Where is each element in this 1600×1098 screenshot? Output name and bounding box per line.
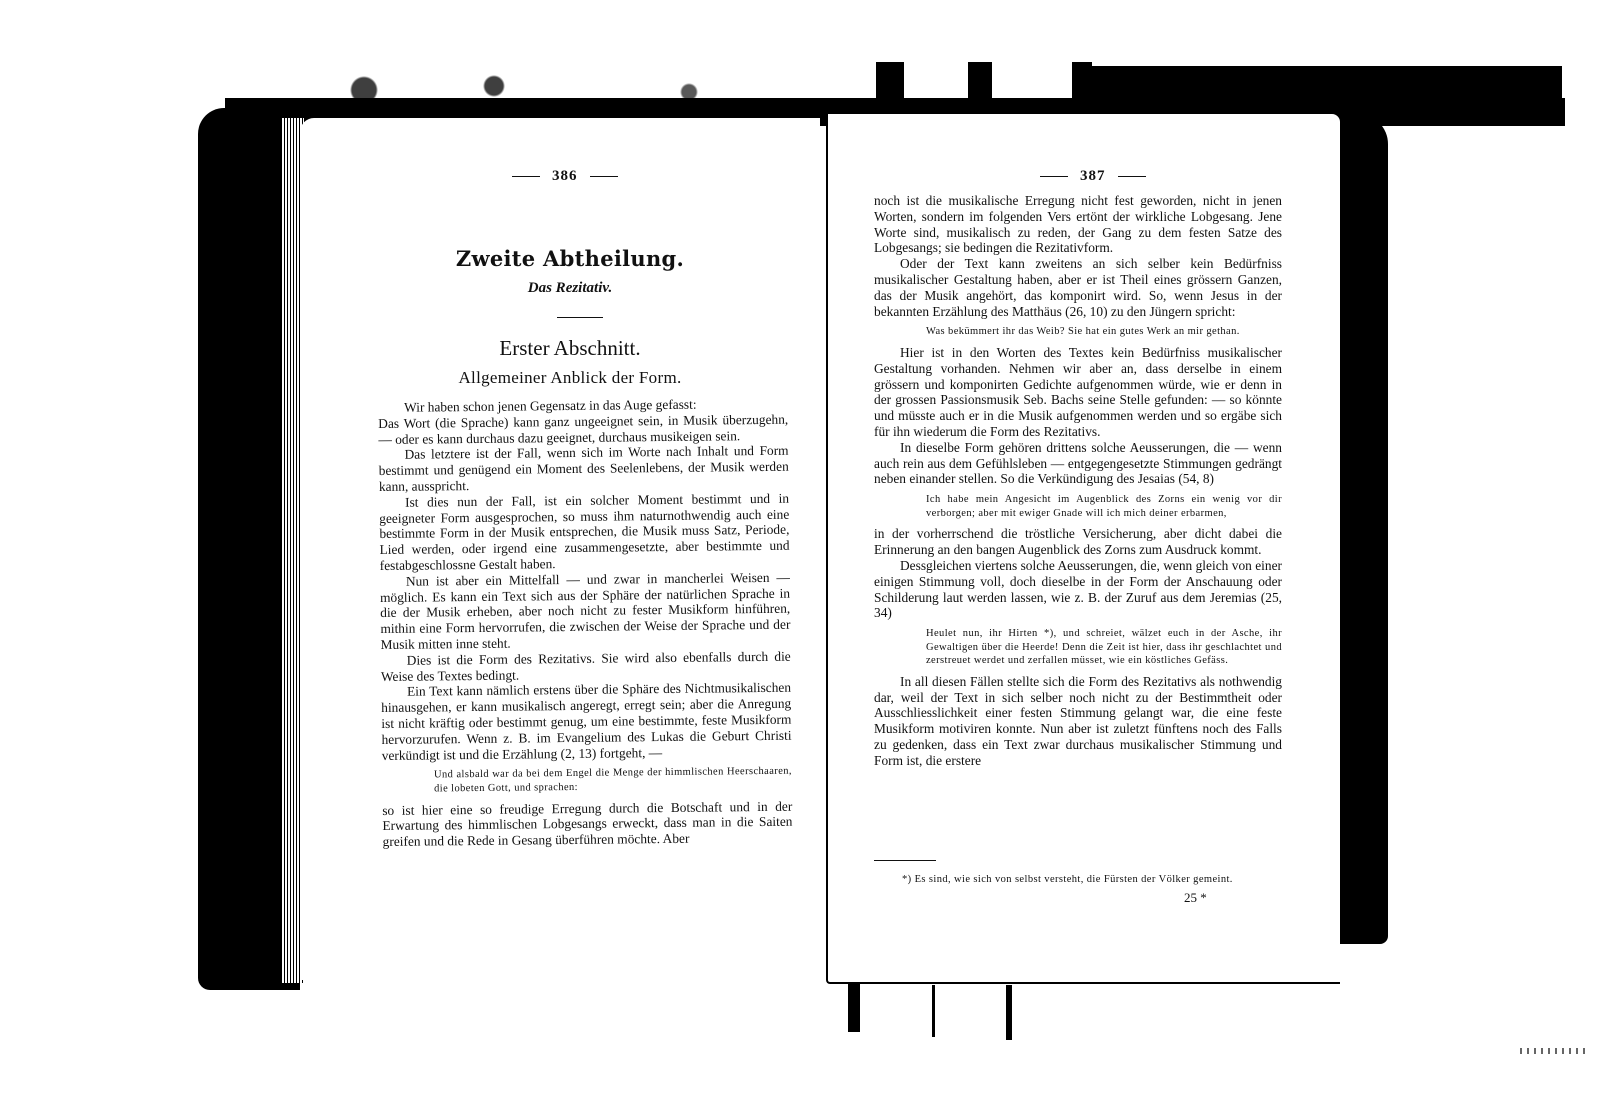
paragraph: Dessgleichen viertens solche Aeusserunge… [874,558,1282,621]
dash-ornament [1040,176,1068,177]
scan-noise [1520,1048,1590,1054]
book-right-cover-edge [1336,114,1388,944]
scan-artifact [848,982,860,1032]
folio-text: 386 [552,168,578,185]
paragraph: Oder der Text kann zweitens an sich selb… [874,256,1282,319]
block-quote: Und alsbald war da bei dem Engel die Men… [434,765,792,796]
block-quote: Was bekümmert ihr das Weib? Sie hat ein … [926,325,1282,339]
dash-ornament [1118,176,1146,177]
part-title: Zweite Abtheilung. [360,246,780,271]
paragraph: in der vorherrschend die tröstliche Vers… [874,526,1282,558]
scan-artifact [968,62,992,112]
left-body-text: Wir haben schon jenen Gegensatz in das A… [378,396,793,850]
paragraph: Das letztere ist der Fall, wenn sich im … [378,443,788,495]
folio-text: 387 [1080,168,1106,185]
paragraph: In dieselbe Form gehören drittens solche… [874,440,1282,487]
scan-artifact [932,985,935,1037]
subsection-title: Allgemeiner Anblick der Form. [360,368,780,388]
right-body-text: noch ist die musikalische Erregung nicht… [874,193,1282,769]
block-quote: Ich habe mein Angesicht im Augenblick de… [926,493,1282,520]
paragraph: noch ist die musikalische Erregung nicht… [874,193,1282,256]
scan-artifact [1006,985,1012,1040]
scan-artifact [1092,66,1562,114]
paragraph: Nun ist aber ein Mittelfall — und zwar i… [380,569,791,652]
paragraph: Das Wort (die Sprache) kann ganz ungeeig… [378,412,788,448]
footnote-rule [874,860,936,861]
dash-ornament [590,176,618,177]
paragraph: so ist hier eine so freudige Erregung du… [382,798,792,850]
scan-artifact [876,62,904,112]
block-quote: Heulet nun, ihr Hirten *), und schreiet,… [926,627,1282,668]
section-title: Erster Abschnitt. [360,336,780,361]
page-number-right: 387 [1040,168,1146,185]
paragraph: Ist dies nun der Fall, ist ein solcher M… [379,490,790,573]
paragraph: In all diesen Fällen stellte sich die Fo… [874,674,1282,769]
dash-ornament [512,176,540,177]
scan-artifact [1072,62,1092,112]
paragraph: Hier ist in den Worten des Textes kein B… [874,345,1282,440]
signature-mark: 25 * [1184,890,1207,906]
paragraph: Dies ist die Form des Rezitativs. Sie wi… [381,648,791,684]
part-subtitle: Das Rezitativ. [360,280,780,297]
footnote: *) Es sind, wie sich von selbst versteht… [902,874,1282,885]
paragraph: Ein Text kann nämlich erstens über die S… [381,680,792,763]
divider [557,317,603,318]
page-number-left: 386 [512,168,618,185]
